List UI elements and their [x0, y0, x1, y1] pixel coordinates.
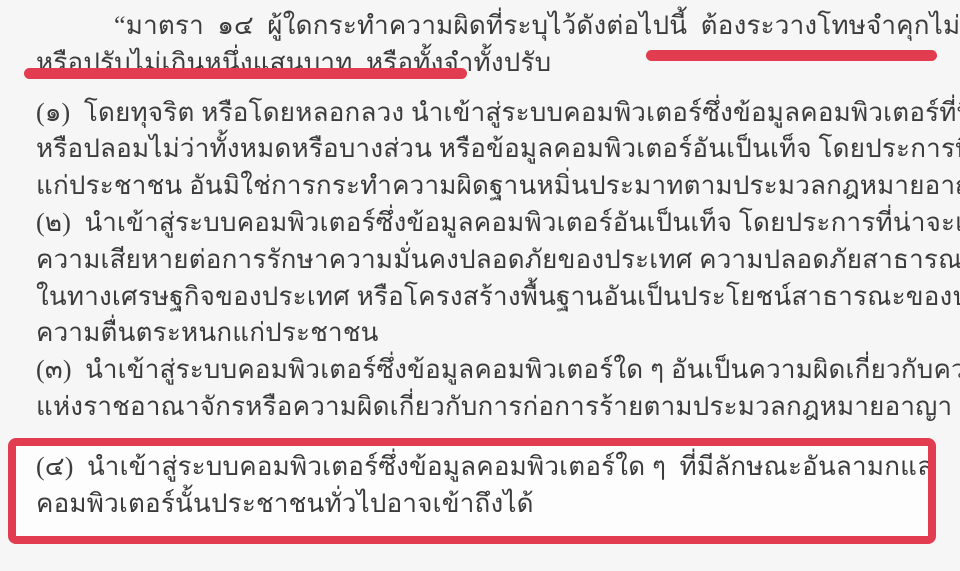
clause-1: (๑) โดยทุจริต หรือโดยหลอกลวง นำเข้าสู่ระ…	[36, 95, 940, 205]
clause-1-line-2: หรือปลอมไม่ว่าทั้งหมดหรือบางส่วน หรือข้อ…	[36, 131, 940, 168]
clause-4-line-1: (๔) นำเข้าสู่ระบบคอมพิวเตอร์ซึ่งข้อมูลคอ…	[36, 449, 918, 486]
red-underline-jail-penalty-annotation	[646, 50, 937, 61]
clause-2-line-2: ความเสียหายต่อการรักษาความมั่นคงปลอดภัยข…	[36, 242, 940, 279]
document-page: “มาตรา ๑๔ ผู้ใดกระทำความผิดที่ระบุไว้ดัง…	[0, 0, 960, 571]
clause-2: (๒) นำเข้าสู่ระบบคอมพิวเตอร์ซึ่งข้อมูลคอ…	[36, 205, 940, 352]
clause-2-line-1: (๒) นำเข้าสู่ระบบคอมพิวเตอร์ซึ่งข้อมูลคอ…	[36, 205, 940, 242]
heading-text-normal: “มาตรา ๑๔ ผู้ใดกระทำความผิดที่ระบุไว้ดัง…	[114, 11, 701, 40]
clause-2-line-4: ความตื่นตระหนกแก่ประชาชน	[36, 315, 940, 352]
clause-1-line-1: (๑) โดยทุจริต หรือโดยหลอกลวง นำเข้าสู่ระ…	[36, 95, 940, 132]
clause-4-line-2: คอมพิวเตอร์นั้นประชาชนทั่วไปอาจเข้าถึงได…	[36, 486, 918, 523]
red-underline-fine-penalty-annotation	[24, 68, 467, 79]
clause-3-line-2: แห่งราชอาณาจักรหรือความผิดเกี่ยวกับการก่…	[36, 389, 940, 426]
clause-2-line-3: ในทางเศรษฐกิจของประเทศ หรือโครงสร้างพื้น…	[36, 279, 940, 316]
heading-line-1: “มาตรา ๑๔ ผู้ใดกระทำความผิดที่ระบุไว้ดัง…	[36, 8, 940, 45]
clause-4-red-annotation-box: (๔) นำเข้าสู่ระบบคอมพิวเตอร์ซึ่งข้อมูลคอ…	[8, 438, 936, 545]
clause-3-line-1: (๓) นำเข้าสู่ระบบคอมพิวเตอร์ซึ่งข้อมูลคอ…	[36, 352, 940, 389]
clause-3: (๓) นำเข้าสู่ระบบคอมพิวเตอร์ซึ่งข้อมูลคอ…	[36, 352, 940, 426]
clause-1-line-3: แก่ประชาชน อันมิใช่การกระทำความผิดฐานหมิ…	[36, 168, 940, 205]
heading-text-jail-penalty: ต้องระวางโทษจำคุกไม่เกินห้าปี	[701, 11, 960, 40]
